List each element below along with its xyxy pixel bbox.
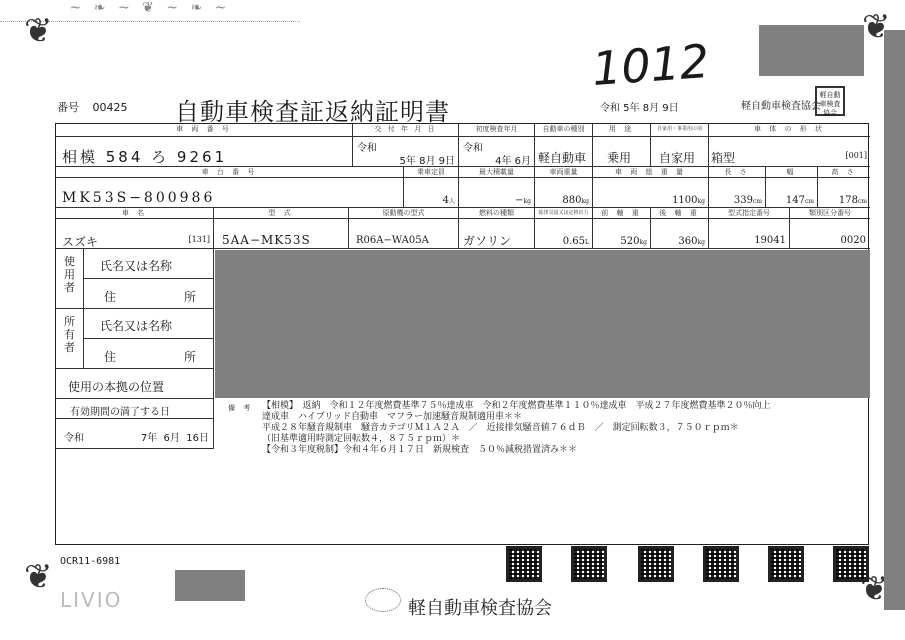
length-value: 339 xyxy=(734,195,753,206)
model-cell: 5AA−MK53S xyxy=(214,219,349,249)
vehicle-weight-unit: kg xyxy=(582,198,589,205)
remarks-label: 備 考 xyxy=(228,403,253,414)
height-value: 178 xyxy=(839,195,858,206)
displacement-value: 0.65 xyxy=(563,236,585,247)
gross-weight-cell: 1100kg xyxy=(593,178,709,208)
document-number-value: 00425 xyxy=(93,101,128,114)
header-displacement: 総排気量又は定格出力 xyxy=(535,208,593,219)
handwritten-note: 1012 xyxy=(590,34,711,96)
first-reg-value: 4年 6月 xyxy=(495,152,531,167)
gross-weight-value: 1100 xyxy=(672,195,697,206)
qr-code-icon xyxy=(638,546,674,582)
qr-code-icon xyxy=(571,546,607,582)
capacity-cell: 4人 xyxy=(404,178,459,208)
rear-axle-value: 360 xyxy=(678,236,697,247)
remarks-line: 平成２８年騒音規制車 騒音カテゴリＭ１Ａ２Ａ ／ 近接排気騒音値７６ｄＢ ／ 測… xyxy=(262,423,771,434)
owner-name-label: 氏名又は名称 xyxy=(84,309,214,339)
header-vehicle-number: 車 両 番 号 xyxy=(56,124,353,137)
remarks-line: （旧基準適用時測定回転数４，８７５ｒｐｍ）＊ xyxy=(262,434,771,445)
issue-date-value: 5年 8月 9日 xyxy=(400,152,455,167)
type-designation-value: 19041 xyxy=(754,235,786,246)
owner-group-label: 所有者 xyxy=(56,309,84,369)
official-seal-icon: 軽自動車検査協会 xyxy=(815,86,845,116)
use-value: 乗用 xyxy=(607,149,631,166)
header-width: 幅 xyxy=(766,167,818,178)
header-first-registration: 初度検査年月 xyxy=(459,124,535,137)
body-shape-code: [001] xyxy=(845,151,867,160)
redacted-owner-info xyxy=(215,250,870,398)
header-private-business: 自家用・事業用の別 xyxy=(651,124,709,137)
redacted-block xyxy=(759,25,864,76)
vehicle-weight-value: 880 xyxy=(562,195,581,206)
owner-address-label-1: 住 xyxy=(104,348,116,365)
length-cell: 339cm xyxy=(709,178,766,208)
model-value: 5AA−MK53S xyxy=(222,233,311,247)
header-capacity: 乗車定員 xyxy=(404,167,459,178)
height-unit: cm xyxy=(858,198,867,205)
header-engine-model: 原動機の型式 xyxy=(349,208,459,219)
engine-model-cell: R06A−WA05A xyxy=(349,219,459,249)
owner-address-label-2: 所 xyxy=(184,348,196,365)
width-unit: cm xyxy=(805,198,814,205)
user-address-label-2: 所 xyxy=(184,288,196,305)
displacement-unit: L xyxy=(585,239,589,246)
chassis-number-value: MK53S−800986 xyxy=(62,190,215,206)
vehicle-type-value: 軽自動車 xyxy=(538,149,586,166)
header-type-designation: 型式指定番号 xyxy=(709,208,790,219)
max-load-unit: kg xyxy=(524,198,531,205)
body-shape-value: 箱型 xyxy=(711,149,735,166)
user-address-label: 住 所 xyxy=(84,279,214,309)
header-use: 用 途 xyxy=(593,124,651,137)
width-value: 147 xyxy=(786,195,805,206)
displacement-cell: 0.65L xyxy=(535,219,593,249)
header-vehicle-weight: 車両重量 xyxy=(535,167,593,178)
document-number-label: 番号 xyxy=(57,101,79,114)
base-location-label: 使用の本拠の位置 xyxy=(56,369,214,399)
height-cell: 178cm xyxy=(818,178,870,208)
owner-address-label: 住 所 xyxy=(84,339,214,369)
brand-watermark: LIVIO xyxy=(60,588,122,612)
header-vehicle-type: 自動車の種別 xyxy=(535,124,593,137)
max-load-cell: −kg xyxy=(459,178,535,208)
issue-date: 令和 5年 8月 9日 xyxy=(600,99,679,114)
expiry-era: 令和 xyxy=(64,429,84,444)
remarks-line: 【相模】 返納 令和１２年度燃費基準７５％達成車 令和２年度燃費基準１１０％達成… xyxy=(262,401,771,412)
header-height: 高 さ xyxy=(818,167,870,178)
rear-axle-unit: kg xyxy=(698,239,705,246)
remarks-line: 【令和３年度税制】令和４年６月１７日 新規検査 ５０％減税措置済み＊＊ xyxy=(262,445,771,456)
rear-axle-cell: 360kg xyxy=(651,219,709,249)
max-load-value: − xyxy=(515,195,523,206)
expiry-date-cell: 令和 7年 6月 16日 xyxy=(56,419,214,449)
header-max-load: 最大積載量 xyxy=(459,167,535,178)
maker-value: スズキ xyxy=(62,233,98,249)
category-number-cell: 0020 xyxy=(790,219,870,249)
header-length: 長 さ xyxy=(709,167,766,178)
document-number: 番号 00425 xyxy=(57,99,128,115)
engine-model-value: R06A−WA05A xyxy=(356,235,429,246)
first-reg-era: 令和 xyxy=(463,139,483,154)
maker-code: [131] xyxy=(188,235,210,244)
issue-date-cell: 令和 5年 8月 9日 xyxy=(353,137,459,167)
maker-cell: スズキ [131] xyxy=(56,219,214,249)
qr-code-icon xyxy=(703,546,739,582)
ocr-code: OCR11-6981 xyxy=(60,556,120,567)
chassis-number-cell: MK53S−800986 xyxy=(56,178,404,208)
association-logo-icon xyxy=(365,588,401,612)
header-front-axle: 前 軸 重 xyxy=(593,208,651,219)
redacted-footer-block xyxy=(175,570,245,601)
vehicle-number-value: 相模 584 ろ 9261 xyxy=(62,146,227,167)
first-reg-cell: 令和 4年 6月 xyxy=(459,137,535,167)
length-unit: cm xyxy=(753,198,762,205)
header-model: 型 式 xyxy=(214,208,349,219)
qr-code-icon xyxy=(833,546,869,582)
front-axle-value: 520 xyxy=(620,236,639,247)
vehicle-type-cell: 軽自動車 xyxy=(535,137,593,167)
association-name: 軽自動車検査協会 xyxy=(408,594,552,620)
front-axle-unit: kg xyxy=(640,239,647,246)
gross-weight-unit: kg xyxy=(698,198,705,205)
type-designation-cell: 19041 xyxy=(709,219,790,249)
private-business-value: 自家用 xyxy=(659,149,695,166)
body-shape-cell: 箱型 [001] xyxy=(709,137,870,167)
header-issue-date: 交 付 年 月 日 xyxy=(353,124,459,137)
remarks-line: 達成車 ハイブリッド自動車 マフラー加速騒音規制適用車＊＊ xyxy=(262,412,771,423)
fuel-value: ガソリン xyxy=(463,232,511,249)
redacted-edge xyxy=(884,30,905,610)
header-fuel: 燃料の種類 xyxy=(459,208,535,219)
expiry-date-value: 7年 6月 16日 xyxy=(141,429,209,444)
user-address-label-1: 住 xyxy=(104,288,116,305)
corner-ornament-icon: ❦ xyxy=(24,560,53,594)
qr-code-icon xyxy=(506,546,542,582)
document-title: 自動車検査証返納証明書 xyxy=(175,92,450,127)
expiry-label: 有効期間の満了する日 xyxy=(56,399,214,419)
header-chassis-number: 車 台 番 号 xyxy=(56,167,404,178)
header-maker: 車 名 xyxy=(56,208,214,219)
category-number-value: 0020 xyxy=(841,235,866,246)
qr-code-icon xyxy=(768,546,804,582)
issuer-name: 軽自動車検査協会 xyxy=(741,97,821,112)
header-gross-weight: 車 両 総 重 量 xyxy=(593,167,709,178)
header-rear-axle: 後 軸 重 xyxy=(651,208,709,219)
user-name-label: 氏名又は名称 xyxy=(84,249,214,279)
use-cell: 乗用 xyxy=(593,137,651,167)
issue-date-era: 令和 xyxy=(357,139,377,154)
front-axle-cell: 520kg xyxy=(593,219,651,249)
header-body-shape: 車 体 の 形 状 xyxy=(709,124,870,137)
fuel-cell: ガソリン xyxy=(459,219,535,249)
corner-ornament-icon: ❦ xyxy=(24,14,53,48)
vehicle-weight-cell: 880kg xyxy=(535,178,593,208)
private-business-cell: 自家用 xyxy=(651,137,709,167)
header-category-number: 類別区分番号 xyxy=(790,208,870,219)
capacity-unit: 人 xyxy=(449,198,455,205)
width-cell: 147cm xyxy=(766,178,818,208)
vehicle-number-cell: 相模 584 ろ 9261 xyxy=(56,137,353,167)
remarks-text: 【相模】 返納 令和１２年度燃費基準７５％達成車 令和２年度燃費基準１１０％達成… xyxy=(262,401,771,456)
user-group-label: 使用者 xyxy=(56,249,84,309)
